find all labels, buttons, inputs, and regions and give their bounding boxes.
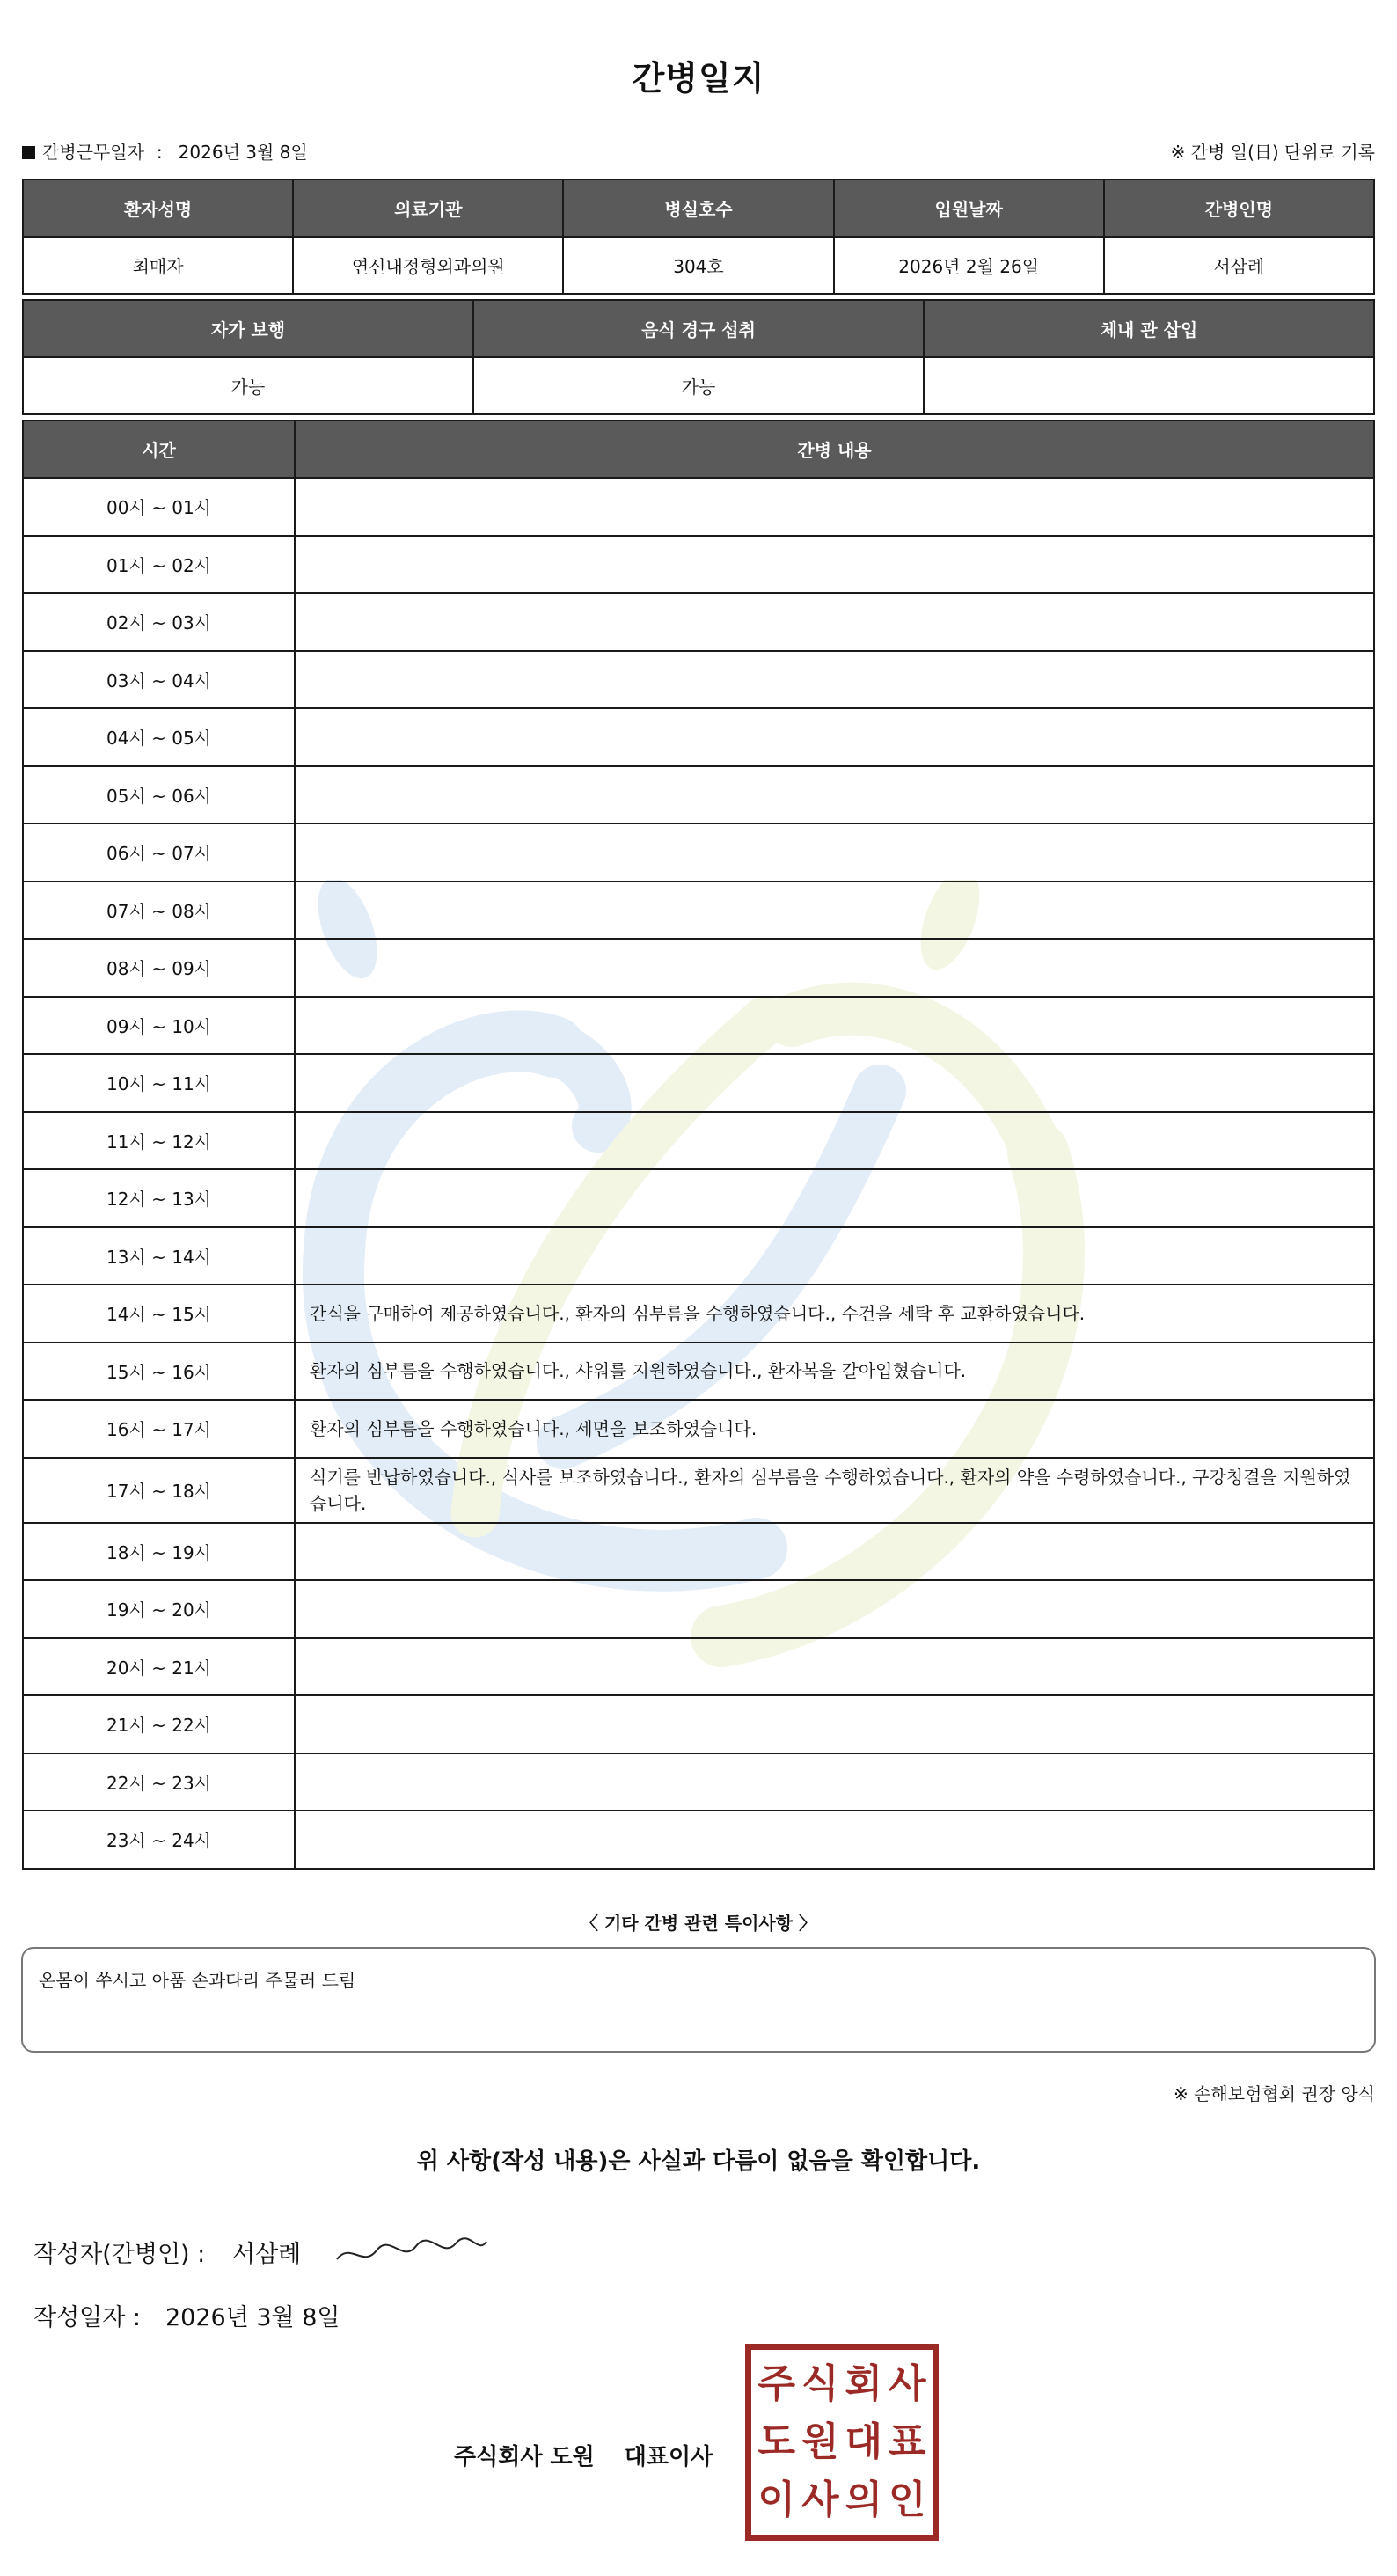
info-header: 환자성명: [23, 179, 293, 237]
info-value: 연신내정형외과의원: [293, 237, 563, 294]
care-content-cell[interactable]: [295, 1638, 1374, 1696]
patient-status-table: 자가 보행음식 경구 섭취체내 관 삽입 가능가능: [22, 299, 1375, 415]
square-bullet-icon: [22, 146, 35, 159]
care-content-cell[interactable]: 간식을 구매하여 제공하였습니다., 환자의 심부름을 수행하였습니다., 수건…: [295, 1284, 1374, 1343]
log-header-content: 간병 내용: [295, 421, 1374, 478]
care-content-cell[interactable]: 환자의 심부름을 수행하였습니다., 세면을 보조하였습니다.: [295, 1400, 1374, 1458]
status-value: 가능: [23, 357, 473, 414]
table-row: 02시 ~ 03시: [23, 593, 1374, 651]
care-content-cell[interactable]: [295, 1811, 1374, 1869]
work-date-value: 2026년 3월 8일: [179, 142, 308, 163]
time-slot: 00시 ~ 01시: [23, 478, 295, 536]
author-name: 서삼례: [232, 2241, 301, 2268]
author-row: 작성자(간병인) :서삼례: [33, 2235, 301, 2269]
seal-char: 의: [842, 2471, 886, 2529]
care-content-cell[interactable]: [295, 478, 1374, 536]
form-source-note: ※ 손해보험협회 권장 양식: [1174, 2080, 1375, 2105]
author-label: 작성자(간병인) :: [33, 2235, 232, 2269]
time-slot: 15시 ~ 16시: [23, 1343, 295, 1401]
time-slot: 05시 ~ 06시: [23, 766, 295, 824]
status-header: 체내 관 삽입: [924, 300, 1374, 357]
info-header: 의료기관: [293, 179, 563, 237]
time-slot: 14시 ~ 15시: [23, 1284, 295, 1343]
care-content-cell[interactable]: [295, 823, 1374, 882]
info-value: 최매자: [23, 237, 293, 294]
table-row: 04시 ~ 05시: [23, 708, 1374, 766]
hourly-care-log-table: 시간 간병 내용 00시 ~ 01시01시 ~ 02시02시 ~ 03시03시 …: [22, 420, 1375, 1870]
company-seal-placeholder: 주식회사도원대표이사의인: [745, 2344, 939, 2541]
time-slot: 21시 ~ 22시: [23, 1695, 295, 1753]
time-slot: 13시 ~ 14시: [23, 1227, 295, 1285]
written-date-row: 작성일자 :2026년 3월 8일: [33, 2298, 340, 2332]
info-value: 서삼례: [1104, 237, 1374, 294]
care-content-cell[interactable]: [295, 766, 1374, 824]
work-date-separator: :: [157, 142, 163, 163]
info-value: 2026년 2월 26일: [834, 237, 1104, 294]
time-slot: 20시 ~ 21시: [23, 1638, 295, 1696]
seal-char: 대: [842, 2413, 886, 2471]
time-slot: 02시 ~ 03시: [23, 593, 295, 651]
written-date-value: 2026년 3월 8일: [165, 2304, 340, 2331]
table-row: 13시 ~ 14시: [23, 1227, 1374, 1285]
company-name: 주식회사 도원: [454, 2444, 595, 2470]
time-slot: 07시 ~ 08시: [23, 882, 295, 940]
seal-char: 주: [755, 2355, 799, 2413]
status-value: 가능: [473, 357, 924, 414]
table-row: 22시 ~ 23시: [23, 1753, 1374, 1811]
table-row: 09시 ~ 10시: [23, 997, 1374, 1055]
seal-char: 도: [755, 2413, 799, 2471]
table-row: 06시 ~ 07시: [23, 823, 1374, 882]
time-slot: 09시 ~ 10시: [23, 997, 295, 1055]
seal-char: 인: [886, 2471, 930, 2529]
table-row: 17시 ~ 18시식기를 반납하였습니다., 식사를 보조하였습니다., 환자의…: [23, 1458, 1374, 1523]
seal-char: 사: [799, 2471, 843, 2529]
time-slot: 08시 ~ 09시: [23, 939, 295, 997]
table-row: 16시 ~ 17시환자의 심부름을 수행하였습니다., 세면을 보조하였습니다.: [23, 1400, 1374, 1458]
unit-note: ※ 간병 일(日) 단위로 기록: [1171, 138, 1375, 164]
page-title: 간병일지: [0, 51, 1397, 99]
care-content-cell[interactable]: [295, 997, 1374, 1055]
table-row: 10시 ~ 11시: [23, 1054, 1374, 1112]
table-row: 12시 ~ 13시: [23, 1169, 1374, 1227]
table-row: 05시 ~ 06시: [23, 766, 1374, 824]
care-content-cell[interactable]: [295, 536, 1374, 594]
time-slot: 10시 ~ 11시: [23, 1054, 295, 1112]
status-header: 자가 보행: [23, 300, 473, 357]
time-slot: 16시 ~ 17시: [23, 1400, 295, 1458]
info-header: 간병인명: [1104, 179, 1374, 237]
company-title: 대표이사: [625, 2444, 713, 2470]
patient-info-table: 환자성명의료기관병실호수입원날짜간병인명 최매자연신내정형외과의원304호202…: [22, 179, 1375, 295]
table-row: 15시 ~ 16시환자의 심부름을 수행하였습니다., 샤워를 지원하였습니다.…: [23, 1343, 1374, 1401]
table-row: 01시 ~ 02시: [23, 536, 1374, 594]
care-content-cell[interactable]: [295, 1227, 1374, 1285]
seal-char: 원: [799, 2413, 843, 2471]
time-slot: 17시 ~ 18시: [23, 1458, 295, 1523]
time-slot: 01시 ~ 02시: [23, 536, 295, 594]
care-content-cell[interactable]: [295, 1523, 1374, 1581]
table-row: 08시 ~ 09시: [23, 939, 1374, 997]
table-row: 21시 ~ 22시: [23, 1695, 1374, 1753]
seal-char: 회: [842, 2355, 886, 2413]
table-row: 03시 ~ 04시: [23, 651, 1374, 709]
written-date-label: 작성일자 :: [33, 2298, 165, 2332]
time-slot: 19시 ~ 20시: [23, 1580, 295, 1638]
time-slot: 12시 ~ 13시: [23, 1169, 295, 1227]
confirmation-statement: 위 사항(작성 내용)은 사실과 다름이 없음을 확인합니다.: [0, 2143, 1397, 2176]
table-row: 00시 ~ 01시: [23, 478, 1374, 536]
care-content-cell[interactable]: [295, 1169, 1374, 1227]
time-slot: 03시 ~ 04시: [23, 651, 295, 709]
seal-char: 이: [755, 2471, 799, 2529]
caregiving-log-page: 간병일지 간병근무일자:2026년 3월 8일 ※ 간병 일(日) 단위로 기록…: [0, 0, 1397, 2576]
info-header: 입원날짜: [834, 179, 1104, 237]
time-slot: 11시 ~ 12시: [23, 1112, 295, 1170]
time-slot: 23시 ~ 24시: [23, 1811, 295, 1869]
care-content-cell[interactable]: [295, 1054, 1374, 1112]
seal-char: 식: [799, 2355, 843, 2413]
care-content-cell[interactable]: [295, 1112, 1374, 1170]
notes-heading: 〈 기타 간병 관련 특이사항 〉: [0, 1909, 1397, 1935]
log-header-time: 시간: [23, 421, 295, 478]
care-content-cell[interactable]: [295, 1695, 1374, 1753]
info-value: 304호: [563, 237, 833, 294]
care-content-cell[interactable]: 환자의 심부름을 수행하였습니다., 샤워를 지원하였습니다., 환자복을 갈아…: [295, 1343, 1374, 1401]
table-row: 20시 ~ 21시: [23, 1638, 1374, 1696]
time-slot: 22시 ~ 23시: [23, 1753, 295, 1811]
time-slot: 06시 ~ 07시: [23, 823, 295, 882]
care-content-cell[interactable]: [295, 882, 1374, 940]
work-date-row: 간병근무일자:2026년 3월 8일: [22, 138, 308, 164]
care-content-cell[interactable]: [295, 651, 1374, 709]
time-slot: 04시 ~ 05시: [23, 708, 295, 766]
signature-placeholder-icon: [333, 2224, 491, 2277]
special-notes-field[interactable]: 온몸이 쑤시고 아품 손과다리 주물러 드림: [21, 1947, 1376, 2053]
table-row: 19시 ~ 20시: [23, 1580, 1374, 1638]
company-signature-line: 주식회사 도원대표이사: [454, 2439, 713, 2471]
status-value: [924, 357, 1374, 414]
info-header: 병실호수: [563, 179, 833, 237]
table-row: 14시 ~ 15시간식을 구매하여 제공하였습니다., 환자의 심부름을 수행하…: [23, 1284, 1374, 1343]
time-slot: 18시 ~ 19시: [23, 1523, 295, 1581]
care-content-cell[interactable]: [295, 708, 1374, 766]
care-content-cell[interactable]: [295, 593, 1374, 651]
care-content-cell[interactable]: [295, 1753, 1374, 1811]
table-row: 23시 ~ 24시: [23, 1811, 1374, 1869]
care-content-cell[interactable]: [295, 1580, 1374, 1638]
seal-char: 사: [886, 2355, 930, 2413]
status-header: 음식 경구 섭취: [473, 300, 924, 357]
care-content-cell[interactable]: [295, 939, 1374, 997]
care-content-cell[interactable]: 식기를 반납하였습니다., 식사를 보조하였습니다., 환자의 심부름을 수행하…: [295, 1458, 1374, 1523]
table-row: 07시 ~ 08시: [23, 882, 1374, 940]
table-row: 11시 ~ 12시: [23, 1112, 1374, 1170]
table-row: 18시 ~ 19시: [23, 1523, 1374, 1581]
work-date-label: 간병근무일자: [42, 142, 144, 163]
seal-char: 표: [886, 2413, 930, 2471]
